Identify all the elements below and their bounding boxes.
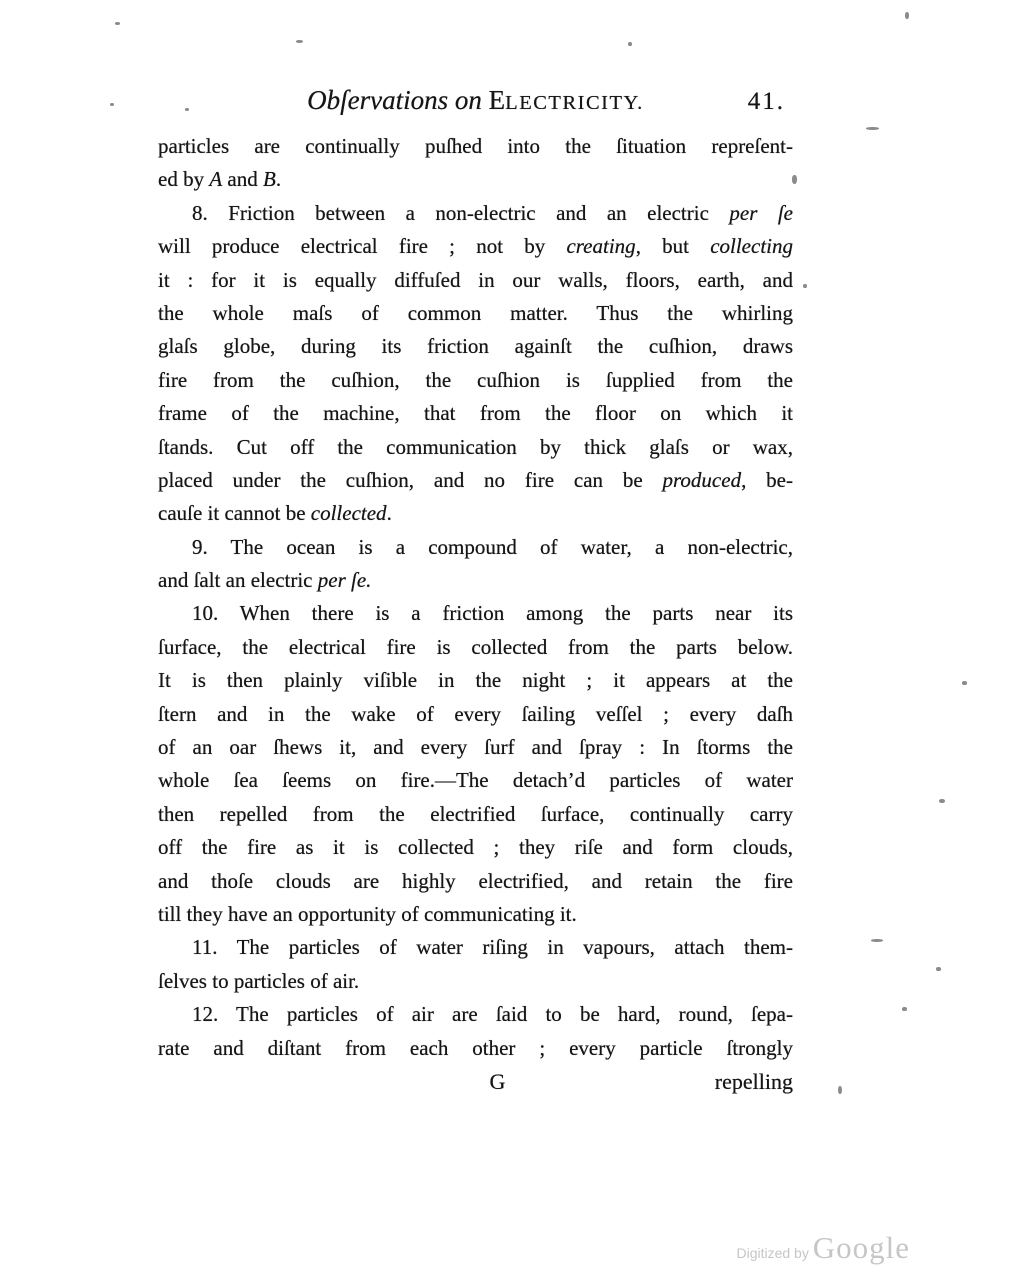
scan-speck	[185, 108, 189, 111]
page-title: Obſervations on ELECTRICITY.	[307, 85, 644, 115]
text-line: fire from the cuſhion, the cuſhion is ſu…	[158, 364, 793, 397]
text-run: A	[209, 167, 222, 191]
text-line: and ſalt an electric per ſe.	[158, 564, 793, 597]
text-run: ſtern and in the wake of every ſailing v…	[158, 702, 793, 726]
text-run: and thoſe clouds are highly electrified,…	[158, 869, 793, 893]
catchword: repelling	[715, 1065, 793, 1099]
text-run: , but	[636, 234, 711, 258]
scan-speck	[115, 22, 120, 25]
scan-speck	[296, 40, 303, 43]
text-line: will produce electrical fire ; not by cr…	[158, 230, 793, 263]
text-run: particles are continually puſhed into th…	[158, 134, 793, 158]
scan-speck	[939, 799, 945, 803]
scan-speck	[871, 939, 883, 942]
scan-speck	[792, 175, 797, 184]
text-run: ed by	[158, 167, 209, 191]
paragraph: 9. The ocean is a compound of water, a n…	[158, 531, 793, 598]
text-run: off the fire as it is collected ; they r…	[158, 835, 793, 859]
page-footer: G repelling	[158, 1065, 793, 1099]
paragraph: 12. The particles of air are ſaid to be …	[158, 998, 793, 1065]
text-column: Obſervations on ELECTRICITY. 41. particl…	[158, 80, 793, 1099]
text-run: whole ſea ſeems on fire.—The detach’d pa…	[158, 768, 793, 792]
google-logo: Google	[813, 1230, 910, 1265]
text-run: 9. The ocean is a compound of water, a n…	[192, 535, 793, 559]
text-line: cauſe it cannot be collected.	[158, 497, 793, 530]
text-line: of an oar ſhews it, and every ſurf and ſ…	[158, 731, 793, 764]
scan-speck	[803, 284, 807, 288]
text-line: then repelled from the electrified ſurfa…	[158, 798, 793, 831]
text-run: Obſervations on	[307, 85, 489, 115]
text-run: and	[222, 167, 263, 191]
text-run: LECTRICITY.	[505, 92, 644, 114]
scan-speck	[838, 1086, 842, 1094]
scan-speck	[905, 12, 909, 19]
text-line: off the fire as it is collected ; they r…	[158, 831, 793, 864]
text-block: particles are continually puſhed into th…	[158, 130, 793, 1065]
text-run: fire from the cuſhion, the cuſhion is ſu…	[158, 368, 793, 392]
text-line: 8. Friction between a non-electric and a…	[158, 197, 793, 230]
text-run: till they have an opportunity of communi…	[158, 902, 577, 926]
running-header: Obſervations on ELECTRICITY. 41.	[158, 80, 793, 122]
text-run: per ſe.	[318, 568, 372, 592]
text-run: per ſe	[729, 201, 793, 225]
scan-speck	[936, 967, 941, 971]
text-run: , be-	[741, 468, 793, 492]
scan-speck	[962, 681, 967, 685]
text-run: collecting	[710, 234, 793, 258]
text-line: till they have an opportunity of communi…	[158, 898, 793, 931]
text-line: 11. The particles of water riſing in vap…	[158, 931, 793, 964]
paragraph: 10. When there is a friction among the p…	[158, 597, 793, 931]
text-run: collected	[311, 501, 387, 525]
text-run: of an oar ſhews it, and every ſurf and ſ…	[158, 735, 793, 759]
text-line: It is then plainly viſible in the night …	[158, 664, 793, 697]
text-line: whole ſea ſeems on fire.—The detach’d pa…	[158, 764, 793, 797]
text-run: glaſs globe, during its friction againſt…	[158, 334, 793, 358]
scan-speck	[866, 127, 879, 130]
text-run: will produce electrical fire ; not by	[158, 234, 566, 258]
text-run: placed under the cuſhion, and no fire ca…	[158, 468, 663, 492]
text-run: ſtands. Cut off the communication by thi…	[158, 435, 793, 459]
text-line: 10. When there is a friction among the p…	[158, 597, 793, 630]
text-line: ſurface, the electrical fire is collecte…	[158, 631, 793, 664]
text-run: It is then plainly viſible in the night …	[158, 668, 793, 692]
digitized-by-google-watermark: Digitized by Google	[736, 1230, 910, 1266]
scan-speck	[628, 42, 632, 46]
text-line: ſtern and in the wake of every ſailing v…	[158, 698, 793, 731]
text-run: .	[276, 167, 281, 191]
scanned-book-page: Obſervations on ELECTRICITY. 41. particl…	[0, 0, 1014, 1282]
text-run: rate and diſtant from each other ; every…	[158, 1036, 793, 1060]
scan-speck	[902, 1007, 907, 1011]
text-line: and thoſe clouds are highly electrified,…	[158, 865, 793, 898]
text-run: frame of the machine, that from the floo…	[158, 401, 793, 425]
text-line: frame of the machine, that from the floo…	[158, 397, 793, 430]
scan-speck	[110, 103, 114, 106]
page-number: 41.	[748, 82, 785, 122]
text-run: 10. When there is a friction among the p…	[192, 601, 793, 625]
text-line: the whole maſs of common matter. Thus th…	[158, 297, 793, 330]
text-line: particles are continually puſhed into th…	[158, 130, 793, 163]
text-line: rate and diſtant from each other ; every…	[158, 1032, 793, 1065]
text-line: 12. The particles of air are ſaid to be …	[158, 998, 793, 1031]
text-run: and ſalt an electric	[158, 568, 318, 592]
text-run: B	[263, 167, 276, 191]
text-run: then repelled from the electrified ſurfa…	[158, 802, 793, 826]
text-run: ſelves to particles of air.	[158, 969, 359, 993]
text-run: the whole maſs of common matter. Thus th…	[158, 301, 793, 325]
text-line: ed by A and B.	[158, 163, 793, 196]
text-line: glaſs globe, during its friction againſt…	[158, 330, 793, 363]
text-line: 9. The ocean is a compound of water, a n…	[158, 531, 793, 564]
text-line: ſelves to particles of air.	[158, 965, 793, 998]
text-run: .	[387, 501, 392, 525]
paragraph: particles are continually puſhed into th…	[158, 130, 793, 197]
paragraph: 11. The particles of water riſing in vap…	[158, 931, 793, 998]
watermark-prefix: Digitized by	[736, 1245, 812, 1261]
text-run: 8. Friction between a non-electric and a…	[192, 201, 729, 225]
text-run: E	[489, 85, 506, 115]
text-run: cauſe it cannot be	[158, 501, 311, 525]
text-run: creating	[566, 234, 635, 258]
text-run: 12. The particles of air are ſaid to be …	[192, 1002, 793, 1026]
paragraph: 8. Friction between a non-electric and a…	[158, 197, 793, 531]
text-line: placed under the cuſhion, and no fire ca…	[158, 464, 793, 497]
text-run: it : for it is equally diffuſed in our w…	[158, 268, 793, 292]
text-run: produced	[663, 468, 742, 492]
text-run: ſurface, the electrical fire is collecte…	[158, 635, 793, 659]
text-line: it : for it is equally diffuſed in our w…	[158, 264, 793, 297]
text-line: ſtands. Cut off the communication by thi…	[158, 431, 793, 464]
text-run: 11. The particles of water riſing in vap…	[192, 935, 793, 959]
